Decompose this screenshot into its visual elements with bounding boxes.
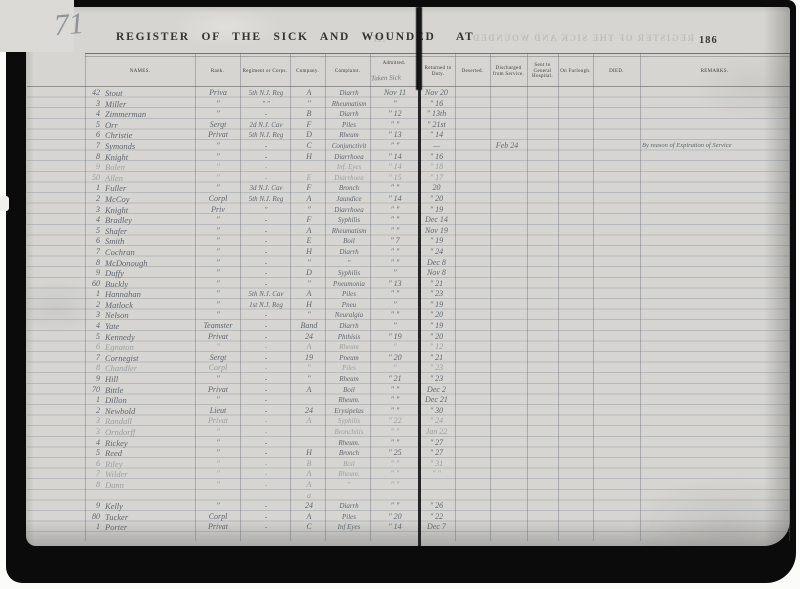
entry-admitted: ″ 20 xyxy=(372,353,418,364)
entry-complaint: Diarrhoea xyxy=(327,205,371,216)
entry-admitted: ″ ″ xyxy=(372,205,418,216)
entry-rank: ″ xyxy=(195,395,241,406)
entry-name: Fuller xyxy=(105,183,199,194)
entry-name: Rickey xyxy=(105,438,199,449)
entry-returned: ″ 21 xyxy=(420,353,453,364)
header-names: NAMES. xyxy=(85,57,195,86)
entry-regiment: 3d N.J. Cav xyxy=(241,183,291,194)
entry-rank: ″ xyxy=(195,289,241,300)
entry-returned: ″ 19 xyxy=(420,321,453,332)
entry-returned: Jan 22 xyxy=(420,427,453,438)
entry-company: A xyxy=(292,385,326,396)
entry-admitted: ″ ″ xyxy=(372,141,418,152)
entry-admitted: ″ xyxy=(372,300,418,311)
entry-company: 19 xyxy=(292,353,326,364)
entry-name: Smith xyxy=(105,236,199,247)
entry-regiment: - xyxy=(241,258,291,269)
entry-number: 1 xyxy=(80,395,100,406)
entry-rank: ″ xyxy=(195,141,241,152)
entry-complaint: Conjunctivit xyxy=(327,141,371,152)
table-row: 5 Shafer ″ - A Rheumatism ″ ″ Nov 19 xyxy=(26,226,790,237)
entry-name: Hannahan xyxy=(105,289,199,300)
entry-returned: ″ ″ xyxy=(420,469,453,480)
header-remarks: REMARKS. xyxy=(640,57,789,86)
entry-complaint: Diarrh xyxy=(327,501,371,512)
entry-complaint: Rheum xyxy=(327,374,371,385)
entry-name: Orr xyxy=(105,120,199,131)
entry-complaint: ″ xyxy=(327,258,371,269)
entry-regiment: ″ xyxy=(241,205,291,216)
entry-regiment: - xyxy=(241,438,291,449)
entry-rank: ″ xyxy=(195,469,241,480)
entry-complaint: Boil xyxy=(327,385,371,396)
entry-name: Dillon xyxy=(105,395,199,406)
entry-complaint: Diarrh xyxy=(327,247,371,258)
entry-name: Bittle xyxy=(105,385,199,396)
entry-complaint: Rheum xyxy=(327,130,371,141)
entry-name: Dunn xyxy=(105,480,199,491)
entry-returned: ″ 31 xyxy=(420,459,453,470)
entry-rank: ″ xyxy=(195,279,241,290)
entry-rank: ″ xyxy=(195,173,241,184)
table-row: 4 Rickey ″ - Rheum. ″ ″ ″ 27 xyxy=(26,438,790,449)
entry-number: 6 xyxy=(80,459,100,470)
entry-complaint: Bronch xyxy=(327,448,371,459)
entry-rank: Sergt xyxy=(195,120,241,131)
entry-company: B xyxy=(292,109,326,120)
entry-complaint: Piles xyxy=(327,120,371,131)
entry-number: 80 xyxy=(80,512,100,523)
header-died: DIED. xyxy=(593,57,640,86)
entry-number: 3 xyxy=(80,205,100,216)
entry-company: D xyxy=(292,130,326,141)
entry-number: 3 xyxy=(80,427,100,438)
entry-regiment: - xyxy=(241,310,291,321)
entry-number: 2 xyxy=(80,406,100,417)
entry-company: ″ xyxy=(292,258,326,269)
entry-returned: Nov 19 xyxy=(420,226,453,237)
entry-regiment: - xyxy=(241,459,291,470)
entry-admitted: ″ xyxy=(372,268,418,279)
entry-complaint: Piles xyxy=(327,363,371,374)
entry-name: Wilder xyxy=(105,469,199,480)
entry-company: E xyxy=(292,236,326,247)
entry-rank: ″ xyxy=(195,183,241,194)
entry-admitted: ″ ″ xyxy=(372,215,418,226)
entry-rank: ″ xyxy=(195,268,241,279)
entry-number: 9 xyxy=(80,501,100,512)
table-row: 8 Dunn ″ - A ″ ″ ″ xyxy=(26,480,790,491)
table-row: 80 Tucker Corpl - A Piles ″ 20 ″ 22 xyxy=(26,512,790,523)
ghost-bleedthrough-at: AT xyxy=(372,34,385,45)
entry-name: Chandler xyxy=(105,363,199,374)
entry-returned: — xyxy=(420,141,453,152)
entry-returned: ″ 16 xyxy=(420,99,453,110)
entry-admitted: ″ ″ xyxy=(372,385,418,396)
entry-discharged: Feb 24 xyxy=(488,141,526,152)
entry-returned: ″ 21 xyxy=(420,279,453,290)
entry-rank: ″ xyxy=(195,162,241,173)
entry-number: 9 xyxy=(80,162,100,173)
entry-regiment: - xyxy=(241,141,291,152)
entry-returned: ″ 20 xyxy=(420,310,453,321)
table-top-rule xyxy=(85,53,790,54)
entry-admitted: ″ ″ xyxy=(372,258,418,269)
entry-regiment: - xyxy=(241,448,291,459)
entry-number: 5 xyxy=(80,448,100,459)
entry-rank: Privat xyxy=(195,416,241,427)
entry-complaint: Diarrh xyxy=(327,321,371,332)
entry-name: Orndorff xyxy=(105,427,199,438)
entry-rank: ″ xyxy=(195,501,241,512)
entry-admitted: ″ 12 xyxy=(372,109,418,120)
entry-number: 9 xyxy=(80,374,100,385)
entry-name: Randall xyxy=(105,416,199,427)
entry-number: 7 xyxy=(80,247,100,258)
entry-company: A xyxy=(292,226,326,237)
entry-admitted: ″ 21 xyxy=(372,374,418,385)
entry-complaint: Rheum. xyxy=(327,395,371,406)
handwritten-taken-sick-note: Taken Sick xyxy=(371,73,401,82)
entry-company: a xyxy=(292,491,326,502)
entry-admitted: ″ 14 xyxy=(372,194,418,205)
entry-company: 24 xyxy=(292,501,326,512)
entry-admitted: ″ ″ xyxy=(372,310,418,321)
entry-rank: ″ xyxy=(195,342,241,353)
entry-number: 9 xyxy=(80,268,100,279)
entry-rank: ″ xyxy=(195,448,241,459)
entry-admitted: ″ ″ xyxy=(372,120,418,131)
entry-complaint: Diarrhoea xyxy=(327,152,371,163)
entry-number: 3 xyxy=(80,99,100,110)
entry-number: 1 xyxy=(80,289,100,300)
entry-name: Riley xyxy=(105,459,199,470)
entry-admitted: ″ ″ xyxy=(372,438,418,449)
entry-regiment: - xyxy=(241,501,291,512)
entry-returned: ″ 26 xyxy=(420,501,453,512)
table-row: 2 Newbold Lieut - 24 Erysipelas ″ ″ ″ 30 xyxy=(26,406,790,417)
entry-returned: Dec 7 xyxy=(420,522,453,533)
entry-company: ″ xyxy=(292,279,326,290)
entry-returned: Nov 8 xyxy=(420,268,453,279)
entry-returned: ″ 17 xyxy=(420,173,453,184)
entry-admitted: ″ ″ xyxy=(372,226,418,237)
entry-rank: Privat xyxy=(195,332,241,343)
table-row: 6 Egnaton ″ - A Rheum ″ ″ 12 xyxy=(26,342,790,353)
entry-number: 4 xyxy=(80,215,100,226)
table-row: a xyxy=(26,491,790,502)
entry-complaint: Boil xyxy=(327,459,371,470)
entry-name: Cochran xyxy=(105,247,199,258)
entry-admitted: ″ 14 xyxy=(372,152,418,163)
entry-complaint: Boil xyxy=(327,236,371,247)
entry-number: 4 xyxy=(80,109,100,120)
entry-number: 3 xyxy=(80,310,100,321)
entry-admitted: ″ 15 xyxy=(372,173,418,184)
entry-company: F xyxy=(292,183,326,194)
entry-returned: ″ 18 xyxy=(420,162,453,173)
entry-admitted: ″ 22 xyxy=(372,416,418,427)
entry-admitted: ″ ″ xyxy=(372,501,418,512)
entry-regiment: - xyxy=(241,279,291,290)
entry-admitted: ″ xyxy=(372,99,418,110)
entry-admitted: ″ ″ xyxy=(372,395,418,406)
entry-returned: ″ 19 xyxy=(420,236,453,247)
entry-regiment: - xyxy=(241,374,291,385)
entry-returned: ″ 24 xyxy=(420,247,453,258)
entry-regiment: ″ ″ xyxy=(241,99,291,110)
entry-returned: ″ 22 xyxy=(420,512,453,523)
entry-name: Stout xyxy=(105,88,199,99)
entry-number: 60 xyxy=(80,279,100,290)
table-row: 4 Yate Teamster - Band Diarrh ″ ″ 19 xyxy=(26,321,790,332)
table-row: 7 Cochran ″ - H Diarrh ″ ″ ″ 24 xyxy=(26,247,790,258)
page-title: REGISTER OF THE SICK AND WOUNDED xyxy=(116,31,436,43)
entry-complaint: Erysipelas xyxy=(327,406,371,417)
entry-regiment: - xyxy=(241,363,291,374)
entry-rank: Priv xyxy=(195,205,241,216)
entry-complaint: Rheumatism xyxy=(327,226,371,237)
entry-rank: ″ xyxy=(195,300,241,311)
entry-returned: ″ 16 xyxy=(420,152,453,163)
entry-name: Buckly xyxy=(105,279,199,290)
entry-rank: Corpl xyxy=(195,194,241,205)
entry-rank: Corpl xyxy=(195,363,241,374)
entry-complaint: Syphilis xyxy=(327,416,371,427)
entry-company: ″ xyxy=(292,205,326,216)
entry-admitted: ″ 13 xyxy=(372,279,418,290)
entry-complaint: Rheum xyxy=(327,342,371,353)
entry-returned: 20 xyxy=(420,183,453,194)
entry-company: A xyxy=(292,88,326,99)
entry-rank: ″ xyxy=(195,247,241,258)
entry-regiment: - xyxy=(241,215,291,226)
entry-number: 8 xyxy=(80,258,100,269)
entry-name: McDonough xyxy=(105,258,199,269)
entry-name: Reed xyxy=(105,448,199,459)
entry-number: 1 xyxy=(80,522,100,533)
entry-number: 2 xyxy=(80,194,100,205)
ghost-bleedthrough-title: REGISTER OF THE SICK AND WOUNDED xyxy=(466,33,694,43)
entry-name: Allen xyxy=(105,173,199,184)
entry-name: Shafer xyxy=(105,226,199,237)
entry-complaint: Neuralgia xyxy=(327,310,371,321)
entry-number: 1 xyxy=(80,183,100,194)
header-returned: Returned to Duty. xyxy=(421,57,455,86)
entry-rank: ″ xyxy=(195,310,241,321)
header-company: Company. xyxy=(290,57,325,86)
entry-complaint: ″ xyxy=(327,480,371,491)
table-row: 6 Riley ″ - B Boil ″ ″ ″ 31 xyxy=(26,459,790,470)
entry-number: 6 xyxy=(80,236,100,247)
entry-complaint: Piles xyxy=(327,512,371,523)
scanned-register-page: 71 REGISTER OF THE SICK AND WOUNDED AT A… xyxy=(0,0,800,589)
entry-complaint: Syphilis xyxy=(327,268,371,279)
entry-returned: ″ 30 xyxy=(420,406,453,417)
entry-name: Tucker xyxy=(105,512,199,523)
entry-regiment: 5th N.J. Cav xyxy=(241,289,291,300)
entry-number: 50 xyxy=(80,173,100,184)
entry-rank: ″ xyxy=(195,438,241,449)
entry-number: 2 xyxy=(80,300,100,311)
entry-complaint: Pneu xyxy=(327,300,371,311)
entry-company: A xyxy=(292,416,326,427)
entry-company: H xyxy=(292,300,326,311)
entry-regiment: - xyxy=(241,480,291,491)
entry-name: Zimmerman xyxy=(105,109,199,120)
entry-number: 8 xyxy=(80,363,100,374)
table-row: 8 McDonough ″ - ″ ″ ″ ″ Dec 8 xyxy=(26,258,790,269)
entry-admitted: ″ 20 xyxy=(372,512,418,523)
table-row: 5 Reed ″ - H Bronch ″ 25 ″ 27 xyxy=(26,448,790,459)
entry-rank: Sergt xyxy=(195,353,241,364)
entry-rank: Privat xyxy=(195,385,241,396)
table-row: 7 Symonds ″ - C Conjunctivit ″ ″ — Feb 2… xyxy=(26,141,790,152)
entry-number: 4 xyxy=(80,438,100,449)
entry-regiment: - xyxy=(241,152,291,163)
entry-number: 6 xyxy=(80,342,100,353)
entry-regiment: - xyxy=(241,416,291,427)
entry-company: A xyxy=(292,480,326,491)
entry-number: 7 xyxy=(80,469,100,480)
entry-rank: ″ xyxy=(195,215,241,226)
entry-rank: ″ xyxy=(195,152,241,163)
header-furlough: On Furlough. xyxy=(558,57,593,86)
entry-returned: ″ 21st xyxy=(420,120,453,131)
table-row: 60 Buckly ″ - ″ Pneumonia ″ 13 ″ 21 xyxy=(26,279,790,290)
entry-number: 6 xyxy=(80,130,100,141)
entry-complaint: Diarrh xyxy=(327,88,371,99)
entry-admitted: ″ ″ xyxy=(372,183,418,194)
entry-rank: ″ xyxy=(195,459,241,470)
entry-rank: Corpl xyxy=(195,512,241,523)
entry-number: 5 xyxy=(80,120,100,131)
entry-complaint: Pneum xyxy=(327,353,371,364)
entry-name: Cornegist xyxy=(105,353,199,364)
entry-admitted: Nov 11 xyxy=(372,88,418,99)
entry-company: H xyxy=(292,247,326,258)
entry-company: E xyxy=(292,173,326,184)
entry-company: F xyxy=(292,215,326,226)
table-row: 6 Christie Privat 5th N.J. Reg D Rheum ″… xyxy=(26,130,790,141)
header-rank: Rank. xyxy=(195,57,240,86)
entry-regiment: - xyxy=(241,406,291,417)
entry-regiment: - xyxy=(241,162,291,173)
entry-name: Newbold xyxy=(105,406,199,417)
table-row: 8 Chandler Corpl - ″ Piles ″ ″ 23 xyxy=(26,363,790,374)
entry-regiment: - xyxy=(241,512,291,523)
entry-company: C xyxy=(292,522,326,533)
table-row: 2 McCoy Corpl 5th N.J. Reg A Jaundice ″ … xyxy=(26,194,790,205)
entry-complaint: Phthisis xyxy=(327,332,371,343)
entry-regiment: - xyxy=(241,395,291,406)
entry-admitted: ″ ″ xyxy=(372,289,418,300)
entry-returned: Dec 21 xyxy=(420,395,453,406)
entry-rank: ″ xyxy=(195,109,241,120)
header-deserted: Deserted. xyxy=(455,57,490,86)
entry-admitted: ″ 13 xyxy=(372,130,418,141)
entry-returned: ″ 19 xyxy=(420,300,453,311)
entry-number: 4 xyxy=(80,321,100,332)
table-row: 8 Knight ″ - H Diarrhoea ″ 14 ″ 16 xyxy=(26,152,790,163)
entry-rank: ″ xyxy=(195,374,241,385)
entry-number: 70 xyxy=(80,385,100,396)
entry-name: Yate xyxy=(105,321,199,332)
entry-returned: ″ 19 xyxy=(420,205,453,216)
table-row: 3 Miller ″ ″ ″ ″ Rheumatism ″ ″ 16 xyxy=(26,99,790,110)
table-row: 1 Fuller ″ 3d N.J. Cav F Bronch ″ ″ 20 xyxy=(26,183,790,194)
entry-complaint: Rheum. xyxy=(327,438,371,449)
table-row: 3 Knight Priv ″ ″ Diarrhoea ″ ″ ″ 19 xyxy=(26,205,790,216)
entry-regiment: - xyxy=(241,332,291,343)
entry-returned: ″ 24 xyxy=(420,416,453,427)
table-row: 7 Cornegist Sergt - 19 Pneum ″ 20 ″ 21 xyxy=(26,353,790,364)
entry-returned: Dec 8 xyxy=(420,258,453,269)
entry-regiment: - xyxy=(241,342,291,353)
header-complaint: Complaint. xyxy=(325,57,370,86)
table-row: 4 Bradley ″ - F Syphilis ″ ″ Dec 14 xyxy=(26,215,790,226)
entry-regiment: - xyxy=(241,173,291,184)
entry-number: 8 xyxy=(80,480,100,491)
entry-complaint: Bronchitis xyxy=(327,427,371,438)
table-row: 1 Porter Privat - C Inf Eyes ″ 14 Dec 7 xyxy=(26,522,790,533)
table-row: 9 Hill ″ - ″ Rheum ″ 21 ″ 23 xyxy=(26,374,790,385)
entry-returned: ″ 23 xyxy=(420,374,453,385)
entry-regiment: - xyxy=(241,236,291,247)
entry-name: Bradley xyxy=(105,215,199,226)
table-row: 50 Allen ″ - E Diarrhoea ″ 15 ″ 17 xyxy=(26,173,790,184)
entry-company: ″ xyxy=(292,363,326,374)
entry-complaint: Diarrhoea xyxy=(327,173,371,184)
entry-rank: Lieut xyxy=(195,406,241,417)
entry-name: Knight xyxy=(105,205,199,216)
entry-complaint: Rheumatism xyxy=(327,99,371,110)
entry-company: A xyxy=(292,289,326,300)
entry-rank: Teamster xyxy=(195,321,241,332)
entry-complaint: Inf Eyes xyxy=(327,522,371,533)
entry-returned: Dec 2 xyxy=(420,385,453,396)
entry-regiment: - xyxy=(241,385,291,396)
entry-complaint: Syphilis xyxy=(327,215,371,226)
entry-number: 8 xyxy=(80,152,100,163)
entry-rank: Priva xyxy=(195,88,241,99)
entry-returned: ″ 12 xyxy=(420,342,453,353)
entry-complaint: Rheum. xyxy=(327,469,371,480)
entry-remarks: By reason of Expiration of Service xyxy=(642,141,788,152)
entry-admitted: ″ ″ xyxy=(372,480,418,491)
entry-company: H xyxy=(292,448,326,459)
entry-admitted: ″ xyxy=(372,363,418,374)
entry-admitted: ″ xyxy=(372,342,418,353)
entry-rank: ″ xyxy=(195,99,241,110)
register-entries: 42 Stout Priva 5th N.J. Reg A Diarrh Nov… xyxy=(26,88,790,533)
header-discharged: Discharged from Service. xyxy=(490,57,527,86)
entry-company: 24 xyxy=(292,332,326,343)
entry-regiment: - xyxy=(241,247,291,258)
entry-company: B xyxy=(292,459,326,470)
entry-company: A xyxy=(292,342,326,353)
entry-name: Symonds xyxy=(105,141,199,152)
table-row: 42 Stout Priva 5th N.J. Reg A Diarrh Nov… xyxy=(26,88,790,99)
table-row: 1 Dillon ″ - Rheum. ″ ″ Dec 21 xyxy=(26,395,790,406)
entry-regiment: - xyxy=(241,469,291,480)
entry-admitted: ″ xyxy=(372,321,418,332)
entry-name: Miller xyxy=(105,99,199,110)
entry-regiment: 5th N.J. Reg xyxy=(241,194,291,205)
entry-name: Christie xyxy=(105,130,199,141)
entry-admitted: ″ 14 xyxy=(372,522,418,533)
entry-name: Matlock xyxy=(105,300,199,311)
